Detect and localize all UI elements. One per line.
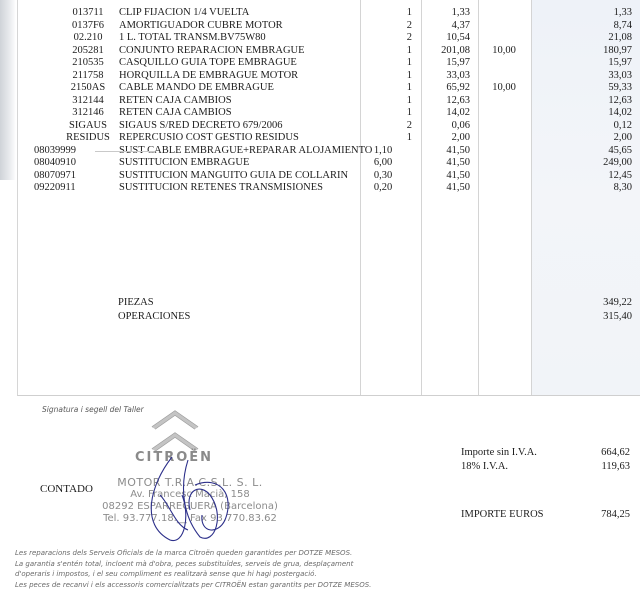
item-code: 210535: [53, 57, 123, 69]
item-description: RETEN CAJA CAMBIOS: [119, 107, 232, 119]
item-total: 59,33: [540, 82, 632, 94]
item-total: 8,74: [540, 20, 632, 32]
item-description: RETEN CAJA CAMBIOS: [119, 95, 232, 107]
item-total: 12,63: [540, 95, 632, 107]
item-quantity: 1: [362, 107, 412, 119]
vat-row: 18% I.V.A. 119,63: [0, 461, 640, 473]
item-total: 14,02: [540, 107, 632, 119]
item-code: 08070971: [34, 170, 94, 182]
item-total: 12,45: [540, 170, 632, 182]
signature-label: Signatura i segell del Taller: [42, 405, 144, 414]
item-quantity: 1: [362, 57, 412, 69]
table-row: RESIDUSREPERCUSIO COST GESTIO RESIDUS12,…: [0, 132, 640, 144]
table-row: SIGAUSSIGAUS S/RED DECRETO 679/200620,06…: [0, 120, 640, 132]
item-code: 2150AS: [53, 82, 123, 94]
net-amount-value: 664,62: [560, 447, 630, 459]
item-code: SIGAUS: [53, 120, 123, 132]
table-row: 013711CLIP FIJACION 1/4 VUELTA11,331,33: [0, 7, 640, 19]
item-description: SIGAUS S/RED DECRETO 679/2006: [119, 120, 282, 132]
warranty-text: Les reparacions dels Serveis Oficials de…: [15, 548, 371, 590]
item-quantity: 0,30: [362, 170, 404, 182]
item-total: 45,65: [540, 145, 632, 157]
item-quantity: 1: [362, 82, 412, 94]
item-total: 21,08: [540, 32, 632, 44]
table-row: 0137F6AMORTIGUADOR CUBRE MOTOR24,378,74: [0, 20, 640, 32]
item-unit-price: 41,50: [420, 170, 470, 182]
item-quantity: 0,20: [362, 182, 404, 194]
item-code: 211758: [53, 70, 123, 82]
table-row: 02.2101 L. TOTAL TRANSM.BV75W80210,5421,…: [0, 32, 640, 44]
vat-value: 119,63: [560, 461, 630, 473]
table-row: 312146RETEN CAJA CAMBIOS114,0214,02: [0, 107, 640, 119]
item-quantity: 2: [362, 32, 412, 44]
item-code: 08039999: [34, 145, 94, 157]
item-quantity: 2: [362, 120, 412, 132]
item-quantity: 1: [362, 7, 412, 19]
item-code: 312144: [53, 95, 123, 107]
net-amount-label: Importe sin I.V.A.: [461, 447, 537, 459]
vat-label: 18% I.V.A.: [461, 461, 508, 473]
item-unit-price: 0,06: [420, 120, 470, 132]
item-code: 205281: [53, 45, 123, 57]
operations-label: OPERACIONES: [118, 311, 190, 323]
table-row: 08040910SUSTITUCION EMBRAGUE6,0041,50249…: [0, 157, 640, 169]
item-quantity: 1: [362, 70, 412, 82]
item-discount: 10,00: [478, 82, 530, 94]
item-unit-price: 2,00: [420, 132, 470, 144]
table-row: 2150ASCABLE MANDO DE EMBRAGUE165,9210,00…: [0, 82, 640, 94]
item-unit-price: 41,50: [420, 157, 470, 169]
item-total: 1,33: [540, 7, 632, 19]
item-unit-price: 41,50: [420, 182, 470, 194]
item-total: 249,00: [540, 157, 632, 169]
summary-operations: OPERACIONES 315,40: [0, 311, 640, 323]
warranty-line: d'operaris i impostos, i el seu complime…: [15, 569, 371, 580]
table-row: 08070971SUSTITUCION MANGUITO GUIA DE COL…: [0, 170, 640, 182]
item-code: 0137F6: [53, 20, 123, 32]
item-code: 09220911: [34, 182, 94, 194]
summary-parts: PIEZAS 349,22: [0, 297, 640, 309]
item-description: SUSTITUCION MANGUITO GUIA DE COLLARIN: [119, 170, 348, 182]
item-total: 180,97: [540, 45, 632, 57]
item-unit-price: 12,63: [420, 95, 470, 107]
item-description: SUSTITUCION EMBRAGUE: [119, 157, 249, 169]
item-total: 0,12: [540, 120, 632, 132]
grand-total-row: IMPORTE EUROS 784,25: [0, 509, 640, 521]
item-code: RESIDUS: [53, 132, 123, 144]
table-row: 205281CONJUNTO REPARACION EMBRAGUE1201,0…: [0, 45, 640, 57]
warranty-line: Les peces de recanvi i els accessoris co…: [15, 580, 371, 591]
item-description: AMORTIGUADOR CUBRE MOTOR: [119, 20, 283, 32]
warranty-line: Les reparacions dels Serveis Oficials de…: [15, 548, 371, 559]
parts-total: 349,22: [540, 297, 632, 309]
item-unit-price: 15,97: [420, 57, 470, 69]
parts-label: PIEZAS: [118, 297, 154, 309]
grand-total-value: 784,25: [560, 509, 630, 521]
item-discount: 10,00: [478, 45, 530, 57]
separator-line: [95, 151, 155, 152]
item-unit-price: 1,33: [420, 7, 470, 19]
item-description: 1 L. TOTAL TRANSM.BV75W80: [119, 32, 266, 44]
item-unit-price: 4,37: [420, 20, 470, 32]
item-code: 013711: [53, 7, 123, 19]
item-quantity: 1: [362, 45, 412, 57]
item-quantity: 1,10: [362, 145, 404, 157]
item-total: 33,03: [540, 70, 632, 82]
item-total: 8,30: [540, 182, 632, 194]
item-description: SUST CABLE EMBRAGUE+REPARAR ALOJAMIENTO: [119, 145, 372, 157]
table-row: 211758HORQUILLA DE EMBRAGUE MOTOR133,033…: [0, 70, 640, 82]
item-description: HORQUILLA DE EMBRAGUE MOTOR: [119, 70, 298, 82]
item-unit-price: 201,08: [420, 45, 470, 57]
item-description: CASQUILLO GUIA TOPE EMBRAGUE: [119, 57, 297, 69]
warranty-line: La garantia s'entén total, incloent mà d…: [15, 559, 371, 570]
net-amount-row: Importe sin I.V.A. 664,62: [0, 447, 640, 459]
item-total: 15,97: [540, 57, 632, 69]
item-code: 08040910: [34, 157, 94, 169]
item-quantity: 2: [362, 20, 412, 32]
item-description: REPERCUSIO COST GESTIO RESIDUS: [119, 132, 299, 144]
item-unit-price: 10,54: [420, 32, 470, 44]
item-description: SUSTITUCION RETENES TRANSMISIONES: [119, 182, 323, 194]
item-unit-price: 33,03: [420, 70, 470, 82]
item-quantity: 1: [362, 132, 412, 144]
table-row: 09220911SUSTITUCION RETENES TRANSMISIONE…: [0, 182, 640, 194]
grand-total-label: IMPORTE EUROS: [461, 509, 544, 521]
item-unit-price: 65,92: [420, 82, 470, 94]
table-row: 210535CASQUILLO GUIA TOPE EMBRAGUE115,97…: [0, 57, 640, 69]
item-unit-price: 14,02: [420, 107, 470, 119]
item-code: 312146: [53, 107, 123, 119]
item-description: CABLE MANDO DE EMBRAGUE: [119, 82, 274, 94]
payment-method: CONTADO: [40, 483, 93, 495]
item-unit-price: 41,50: [420, 145, 470, 157]
item-code: 02.210: [53, 32, 123, 44]
item-description: CLIP FIJACION 1/4 VUELTA: [119, 7, 249, 19]
item-quantity: 1: [362, 95, 412, 107]
operations-total: 315,40: [540, 311, 632, 323]
table-row: 312144RETEN CAJA CAMBIOS112,6312,63: [0, 95, 640, 107]
item-quantity: 6,00: [362, 157, 404, 169]
item-description: CONJUNTO REPARACION EMBRAGUE: [119, 45, 305, 57]
item-total: 2,00: [540, 132, 632, 144]
